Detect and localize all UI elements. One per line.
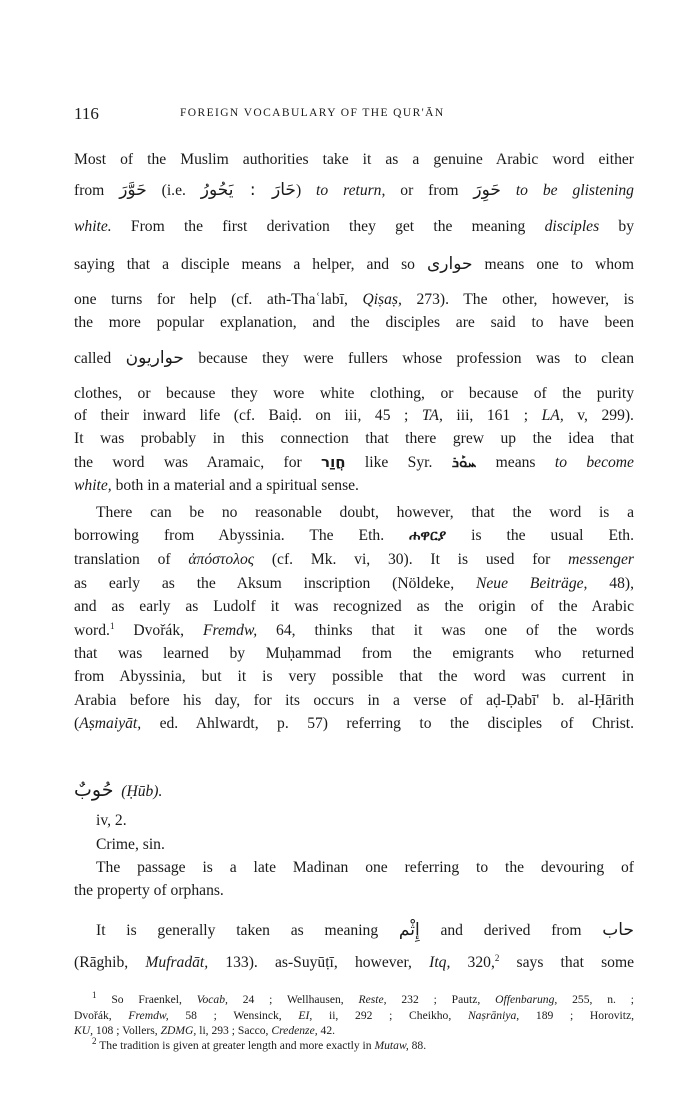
text-span: Arabia before his day, for its occurs in… (74, 692, 634, 709)
greek-word: ἀπόστολος (188, 551, 254, 568)
text-line: Most of the Muslim authorities take it a… (74, 150, 634, 170)
text-span: white, (74, 477, 112, 494)
text-span: white. (74, 218, 112, 235)
text-span: 64, thinks that it was one of the words (276, 622, 634, 639)
text-span: Qiṣaṣ, (362, 291, 401, 308)
text-span: like Syr. (365, 454, 432, 471)
text-line: word.1 Dvořák, Fremdw, 64, thinks that i… (74, 621, 634, 641)
text-span: Itq, (429, 954, 450, 971)
verse-reference: iv, 2. (74, 811, 634, 831)
text-span: 133). as-Suyūṭī, however, (225, 954, 412, 971)
text-span: Mutaw, (374, 1039, 408, 1052)
gloss: Crime, sin. (74, 835, 634, 855)
text-span: ZDMG, (161, 1024, 197, 1037)
footnote-ref: 1 (110, 621, 115, 631)
syriac-word: ܚܘܰܪ (452, 453, 477, 471)
text-span: borrowing from Abyssinia. The Eth. (74, 527, 384, 544)
page-header: 116 FOREIGN VOCABULARY OF THE QUR'ĀN (74, 104, 634, 124)
ethiopic-word: ሐዋርያ (409, 528, 446, 544)
text-line: and as early as Ludolf it was recognized… (74, 597, 634, 617)
text-span: Most of the Muslim authorities take it a… (74, 151, 634, 168)
text-span: It is generally taken as meaning (96, 922, 378, 939)
entry-heading: حُوبٌ (Ḥūb). (74, 780, 634, 802)
text-span: 48), (609, 575, 634, 592)
text-span: word. (74, 622, 110, 639)
text-line: as early as the Aksum inscription (Nölde… (74, 574, 634, 594)
text-span: or from (400, 182, 458, 199)
hebrew-word: חֲוַר (321, 453, 346, 471)
arabic-word: إِثْم (399, 920, 420, 940)
text-span: and as early as Ludolf it was recognized… (74, 598, 634, 615)
text-line: (Aṣmaiyāt, ed. Ahlwardt, p. 57) referrin… (74, 714, 634, 734)
text-span: 88. (412, 1039, 427, 1052)
text-span: 42. (321, 1024, 336, 1037)
arabic-word: حَوِرَ (473, 180, 501, 200)
arabic-word: حَوَّرَ (119, 180, 147, 200)
text-span: Vocab, (197, 993, 228, 1006)
text-span: ed. Ahlwardt, p. 57) referring to the di… (160, 715, 634, 732)
text-span: saying that a disciple means a helper, a… (74, 256, 415, 273)
text-span: Dvořák, (133, 622, 184, 639)
text-span: as early as the Aksum inscription (Nölde… (74, 575, 454, 592)
text-span: called (74, 350, 111, 367)
text-span: li, 293 ; Sacco, (199, 1024, 268, 1037)
text-span: It was probably in this connection that … (74, 430, 634, 447)
text-span: iii, 161 ; (456, 407, 528, 424)
text-line: translation of ἀπόστολος (cf. Mk. vi, 30… (74, 550, 634, 570)
text-span: LA, (542, 407, 564, 424)
text-line: from حَوَّرَ (i.e. حَارَ : يَحُورُ) to r… (74, 180, 634, 201)
text-span: Offenbarung, (495, 993, 557, 1006)
text-span: 108 ; Vollers, (96, 1024, 158, 1037)
text-span: to be glistening (516, 182, 634, 199)
text-line: The passage is a late Madinan one referr… (74, 858, 634, 878)
text-span: 232 ; Pautz, (401, 993, 480, 1006)
text-line: There can be no reasonable doubt, howeve… (74, 503, 634, 523)
text-span: messenger (568, 551, 634, 568)
text-span: disciples (545, 218, 600, 235)
arabic-headword: حُوبٌ (74, 779, 113, 801)
text-span: Aṣmaiyāt, (79, 715, 141, 732)
running-head: FOREIGN VOCABULARY OF THE QUR'ĀN (180, 107, 445, 119)
footnote-1-cont: Dvořák, Fremdw, 58 ; Wensinck, EI, ii, 2… (74, 1008, 634, 1023)
text-span: 2 (92, 1036, 97, 1046)
text-span: EI, (298, 1009, 312, 1022)
text-line: clothes, or because they wore white clot… (74, 384, 634, 404)
text-span: from Abyssinia, but it is very possible … (74, 668, 634, 685)
text-span: So Fraenkel, (111, 993, 182, 1006)
text-span: the property of orphans. (74, 882, 224, 899)
text-span: Reste, (359, 993, 387, 1006)
text-line: white, both in a material and a spiritua… (74, 476, 634, 496)
text-span: to become (555, 454, 634, 471)
text-line: from Abyssinia, but it is very possible … (74, 667, 634, 687)
text-line: Arabia before his day, for its occurs in… (74, 691, 634, 711)
text-span: Fremdw, (203, 622, 257, 639)
text-span: is the usual Eth. (471, 527, 634, 544)
text-span: iv, 2. (96, 812, 127, 829)
text-span: one turns for help (cf. ath-Thaʿlabī, (74, 291, 348, 308)
text-span: by (618, 218, 634, 235)
text-span: Dvořák, (74, 1009, 112, 1022)
text-span: that was learned by Muḥammad from the em… (74, 645, 634, 662)
document-page: 116 FOREIGN VOCABULARY OF THE QUR'ĀN Mos… (0, 0, 682, 1104)
text-line: of their inward life (cf. Baiḍ. on iii, … (74, 406, 634, 426)
text-line: one turns for help (cf. ath-Thaʿlabī, Qi… (74, 290, 634, 310)
footnote-1: 1 So Fraenkel, Vocab, 24 ; Wellhausen, R… (74, 992, 634, 1007)
text-span: 58 ; Wensinck, (185, 1009, 281, 1022)
text-span: the word was Aramaic, for (74, 454, 302, 471)
text-span: Crime, sin. (96, 836, 165, 853)
text-span: (Rāghib, (74, 954, 128, 971)
arabic-word: حاب (602, 920, 634, 940)
text-span: There can be no reasonable doubt, howeve… (96, 504, 634, 521)
text-span: 320, (468, 954, 495, 971)
text-span: the more popular explanation, and the di… (74, 314, 634, 331)
text-span: of their inward life (cf. Baiḍ. on iii, … (74, 407, 408, 424)
text-line: the property of orphans. (74, 881, 634, 901)
text-span: ) (296, 182, 301, 199)
text-span: clothes, or because they wore white clot… (74, 385, 634, 402)
footnote-1-cont: KU, 108 ; Vollers, ZDMG, li, 293 ; Sacco… (74, 1023, 634, 1038)
text-span: (cf. Mk. vi, 30). It is used for (272, 551, 551, 568)
text-span: From the first derivation they get the m… (131, 218, 525, 235)
text-line: that was learned by Muḥammad from the em… (74, 644, 634, 664)
text-span: KU, (74, 1024, 93, 1037)
text-span: because they were fullers whose professi… (198, 350, 634, 367)
text-span: to return, (316, 182, 385, 199)
text-line: (Rāghib, Mufradāt, 133). as-Suyūṭī, howe… (74, 953, 634, 973)
text-span: Neue Beiträge, (476, 575, 587, 592)
text-span: translation of (74, 551, 171, 568)
arabic-word: حَارَ : يَحُورُ (201, 180, 296, 200)
text-line: the word was Aramaic, for חֲוַר like Syr… (74, 452, 634, 473)
text-span: 24 ; Wellhausen, (243, 993, 344, 1006)
text-span: both in a material and a spiritual sense… (116, 477, 359, 494)
text-span: Credenze, (271, 1024, 317, 1037)
text-span: Fremdw, (128, 1009, 168, 1022)
text-line: It is generally taken as meaning إِثْم a… (74, 920, 634, 941)
text-span: 189 ; Horovitz, (536, 1009, 634, 1022)
transliteration: (Ḥūb). (121, 783, 162, 800)
text-line: white. From the first derivation they ge… (74, 217, 634, 237)
text-span: The passage is a late Madinan one referr… (96, 859, 634, 876)
arabic-word: حواريون (126, 348, 184, 368)
footnote-2: 2 The tradition is given at greater leng… (74, 1038, 634, 1053)
text-span: TA, (422, 407, 443, 424)
text-span: 255, n. ; (572, 993, 634, 1006)
text-line: the more popular explanation, and the di… (74, 313, 634, 333)
text-span: ii, 292 ; Cheikho, (329, 1009, 451, 1022)
text-span: means one to whom (485, 256, 634, 273)
arabic-word: حوارى (427, 254, 473, 274)
text-span: (i.e. (162, 182, 186, 199)
text-span: Mufradāt, (145, 954, 208, 971)
text-line: It was probably in this connection that … (74, 429, 634, 449)
text-line: called حواريون because they were fullers… (74, 348, 634, 369)
text-span: and derived from (440, 922, 581, 939)
text-span: The tradition is given at greater length… (99, 1039, 371, 1052)
text-span: means (496, 454, 536, 471)
text-span: v, 299). (577, 407, 634, 424)
text-span: says that some (517, 954, 635, 971)
text-line: saying that a disciple means a helper, a… (74, 254, 634, 275)
page-number: 116 (74, 104, 99, 124)
text-span: Naṣrāniya, (468, 1009, 519, 1022)
text-span: 1 (92, 990, 97, 1000)
text-line: borrowing from Abyssinia. The Eth. ሐዋርያ … (74, 526, 634, 546)
footnote-ref: 2 (495, 953, 500, 963)
text-span: 273). The other, however, is (416, 291, 634, 308)
text-span: from (74, 182, 104, 199)
